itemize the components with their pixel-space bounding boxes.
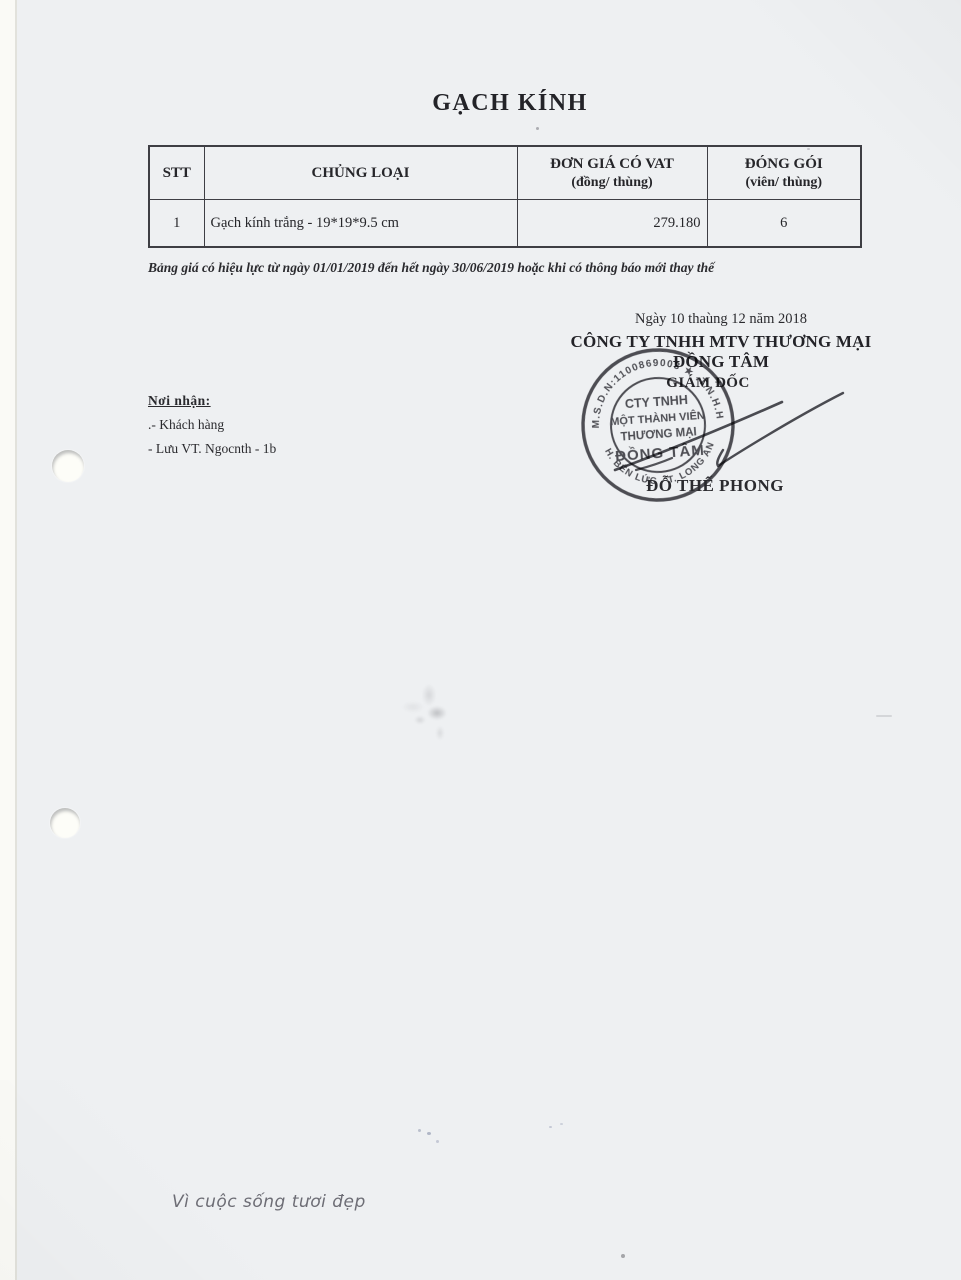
price-table: STT CHỦNG LOẠI ĐƠN GIÁ CÓ VAT (đồng/ thù…: [148, 145, 862, 248]
scan-speckle: [427, 1132, 431, 1135]
punch-hole: [52, 450, 84, 482]
table-row: 1 Gạch kính trắng - 19*19*9.5 cm 279.180…: [149, 200, 861, 248]
scan-speckle: [536, 127, 539, 130]
recipients-list: Nơi nhận: .- Khách hàng - Lưu VT. Ngocnt…: [148, 393, 276, 457]
scanned-document-page: GẠCH KÍNH STT CHỦNG LOẠI ĐƠN GIÁ CÓ VAT …: [0, 0, 961, 1280]
scan-speckle: [560, 1123, 563, 1125]
header-chung-loai: CHỦNG LOẠI: [204, 146, 517, 200]
scan-speckle: [621, 1254, 625, 1258]
header-sublabel: (viên/ thùng): [712, 174, 857, 192]
ink-smudge: [385, 665, 485, 765]
table-header-row: STT CHỦNG LOẠI ĐƠN GIÁ CÓ VAT (đồng/ thù…: [149, 146, 861, 200]
header-label: STT: [154, 164, 200, 183]
header-label: ĐƠN GIÁ CÓ VAT: [522, 155, 703, 174]
recipient-item: .- Khách hàng: [148, 417, 276, 433]
header-dong-goi: ĐÓNG GÓI (viên/ thùng): [707, 146, 861, 200]
page-title: GẠCH KÍNH: [360, 90, 660, 117]
header-label: ĐÓNG GÓI: [712, 155, 857, 174]
scan-speckle: [549, 1126, 552, 1128]
signature-graphic: [560, 370, 880, 540]
cell-type: Gạch kính trắng - 19*19*9.5 cm: [204, 200, 517, 248]
date-line: Ngày 10 thaùng 12 năm 2018: [545, 311, 897, 328]
scan-speckle: [807, 148, 810, 150]
signer-name: ĐỖ THẾ PHONG: [605, 476, 825, 496]
signature-strokes: [560, 370, 880, 540]
punch-hole: [50, 808, 80, 838]
cell-stt: 1: [149, 200, 204, 248]
scan-speckle: [436, 1140, 439, 1143]
validity-note: Bảng giá có hiệu lực từ ngày 01/01/2019 …: [148, 260, 808, 276]
header-don-gia: ĐƠN GIÁ CÓ VAT (đồng/ thùng): [517, 146, 707, 200]
scan-mark: [876, 715, 892, 717]
paper-crease: [0, 1080, 400, 1280]
cell-pack: 6: [707, 200, 861, 248]
header-label: CHỦNG LOẠI: [209, 164, 513, 183]
cell-price: 279.180: [517, 200, 707, 248]
recipients-heading: Nơi nhận:: [148, 393, 276, 409]
header-sublabel: (đồng/ thùng): [522, 174, 703, 192]
scan-speckle: [418, 1129, 421, 1132]
company-slogan: Vì cuộc sống tươi đẹp: [172, 1192, 366, 1212]
header-stt: STT: [149, 146, 204, 200]
recipient-item: - Lưu VT. Ngocnth - 1b: [148, 441, 276, 457]
